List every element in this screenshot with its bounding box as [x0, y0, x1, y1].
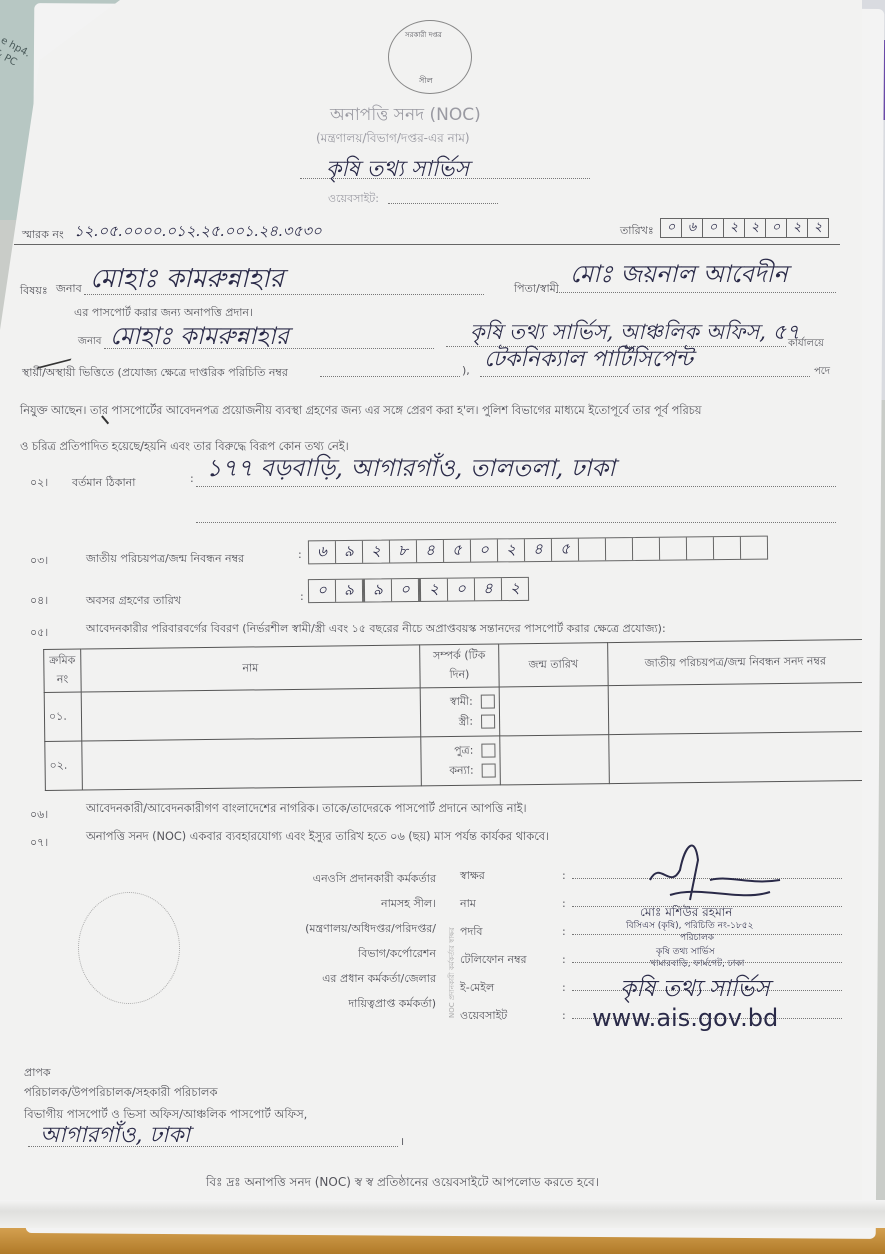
date-label: তারিখঃ [620, 222, 654, 241]
underlying-paper-text: e hp4. & PC [0, 34, 32, 74]
stamp-post: পরিচালক [680, 930, 714, 945]
recipient-label: প্রাপক [24, 1064, 51, 1083]
ref-number: ১২.০৫.০০০০.০১২.২৫.০০১.২৪.৩৫৩০ [74, 220, 322, 245]
post-suffix: পদে [814, 364, 830, 381]
row-relation-cell: স্বামী: স্ত্রী: [420, 687, 500, 737]
row-nid-cell[interactable] [609, 731, 865, 783]
family-table: ক্রমিক নং নাম সম্পর্ক (টিক দিন) জন্ম তার… [43, 639, 865, 791]
ref-label: স্মারক নং [22, 226, 64, 245]
applicant-name: মোহাঃ কামরুন্নাহার [90, 258, 284, 302]
memo-rule [14, 244, 840, 245]
table-row: ০২. পুত্র: কন্যা: [45, 731, 865, 790]
recipient-line-1: পরিচালক/উপপরিচালক/সহকারী পরিচালক [24, 1084, 218, 1103]
document-subtitle: (মন্ত্রণালয়/বিভাগ/দপ্তর-এর নাম) [316, 130, 470, 150]
header-nid: জাতীয় পরিচয়পত্র/জন্ম নিবন্ধন সনদ নম্বর [608, 640, 864, 686]
paren-close: ), [462, 364, 470, 377]
applicant-post: টেকনিক্যাল পার্টিসিপেন্ট [484, 342, 693, 379]
seal-text-top: সরকারী দপ্তর [405, 29, 442, 41]
subject-prefix: জনাব [56, 280, 82, 299]
row-name-cell[interactable] [81, 688, 421, 741]
document-title: অনাপত্তি সনদ (NOC) [330, 102, 481, 130]
office-suffix: কার্যালয়ে [788, 336, 824, 353]
label-phone: টেলিফোন নম্বর [460, 946, 527, 974]
website-label: ওয়েবসাইট: [328, 190, 379, 209]
row-serial: ০২. [45, 741, 83, 790]
parent-name: মোঃ জয়নাল আবেদীন [570, 256, 788, 296]
label-name: নাম [460, 890, 527, 918]
relation-label: পুত্র: [454, 741, 473, 760]
header-name: নাম [81, 645, 421, 692]
vertical-stamp: NOC প্রদানকারী কর্মকর্তার স্বাক্ষর [446, 858, 458, 1018]
address-label: বর্তমান ঠিকানা [72, 474, 135, 493]
row-dob-cell[interactable] [500, 735, 610, 785]
declaration-validity: অনাপত্তি সনদ (NOC) একবার ব্যবহারযোগ্য এব… [86, 828, 549, 847]
relation-label: স্ত্রী: [459, 712, 474, 731]
label-website: ওয়েবসাইট [460, 1002, 527, 1030]
header-dob: জন্ম তারিখ [499, 643, 609, 687]
row-dob-cell[interactable] [499, 686, 609, 736]
seal-text-bottom: সীল [419, 75, 433, 88]
field-num-02: ০২। [30, 474, 48, 493]
row-nid-cell[interactable] [608, 682, 864, 734]
official-id-line [320, 376, 460, 377]
colon: : [190, 472, 194, 485]
row-relation-cell: পুত্র: কন্যা: [421, 736, 501, 786]
nid-label: জাতীয় পরিচয়পত্র/জন্ম নিবন্ধন নম্বর [86, 550, 244, 569]
checkbox-husband[interactable] [481, 695, 495, 709]
label-signature: স্বাক্ষর [460, 862, 527, 890]
label-email: ই-মেইল [460, 974, 527, 1002]
label-designation: পদবি [460, 918, 527, 946]
noc-document: সরকারী দপ্তর সীল অনাপত্তি সনদ (NOC) (মন্… [0, 0, 862, 1222]
website-value: www.ais.gov.bd [592, 1004, 778, 1032]
field-num-04: ০৪। [30, 592, 48, 611]
permanent-label: স্থায়ী/অস্থায়ী ভিত্তিতে (প্রযোজ্য ক্ষে… [22, 364, 288, 383]
declaration-citizenship: আবেদনকারী/আবেদনকারীগণ বাংলাদেশের নাগরিক।… [86, 800, 527, 819]
parent-label: পিতা/স্বামী [514, 280, 559, 299]
colon: : [298, 548, 302, 561]
field-num-05: ০৫। [30, 624, 48, 643]
field-num-06: ০৬। [30, 806, 48, 825]
relation-label: কন্যা: [449, 761, 474, 780]
checkbox-daughter[interactable] [482, 763, 496, 777]
signatory-colons: :::::: [562, 862, 566, 1030]
field-num-07: ০৭। [30, 834, 48, 853]
body-paragraph-1: নিযুক্ত আছেন। তার পাসপোর্টের আবেদনপত্র প… [20, 402, 701, 421]
danda: । [400, 1134, 404, 1149]
paper-fold [0, 1200, 885, 1228]
signature-scribble [640, 840, 790, 910]
row-name-cell[interactable] [82, 737, 422, 790]
footnote: বিঃ দ্রঃ অনাপত্তি সনদ (NOC) স্ব স্ব প্রত… [206, 1174, 599, 1194]
relation-label: স্বামী: [450, 692, 473, 711]
subject-label: বিষয়ঃ [20, 282, 48, 301]
checkbox-wife[interactable] [481, 714, 495, 728]
header-relation: সম্পর্ক (টিক দিন) [420, 644, 500, 688]
row-serial: ০১. [44, 692, 82, 741]
body-applicant-name: মোহাঃ কামরুন্নাহার [110, 318, 289, 358]
address-line-2 [196, 522, 836, 523]
colon: : [300, 590, 304, 603]
family-label: আবেদনকারীর পরিবারবর্গের বিবরণ (নির্ভরশীল… [86, 620, 666, 639]
issue-date-boxes: ০ ৬ ০ ২ ২ ০ ২ ২ [660, 218, 829, 238]
stamp-address: খামারবাড়ি, ফার্মগেট, ঢাকা [650, 956, 744, 971]
faded-seal [78, 892, 180, 1004]
website-line [388, 203, 498, 204]
nid-boxes: ৬ ৯ ২ ৮ ৪ ৫ ০ ২ ৪ ৫ [308, 536, 768, 565]
retirement-label: অবসর গ্রহণের তারিখ [86, 592, 181, 611]
checkbox-son[interactable] [481, 743, 495, 757]
signatory-description: এনওসি প্রদানকারী কর্মকর্তার নামসহ সীল। (… [250, 866, 436, 1016]
retirement-date-boxes: ০ ৯ ৯ ০ ২ ০ ৪ ২ [308, 577, 529, 603]
signatory-field-labels: স্বাক্ষর নাম পদবি টেলিফোন নম্বর ই-মেইল ও… [460, 862, 527, 1030]
recipient-office: আগারগাঁও, ঢাকা [40, 1118, 190, 1155]
body-prefix: জনাব [78, 334, 101, 351]
address-value: ১৭৭ বড়বাড়ি, আগারগাঁও, তালতলা, ঢাকা [206, 450, 615, 490]
office-seal: সরকারী দপ্তর সীল [388, 20, 472, 94]
field-num-03: ০৩। [30, 552, 48, 571]
header-serial: ক্রমিক নং [44, 649, 82, 692]
office-name: কৃষি তথ্য সার্ভিস [326, 152, 469, 189]
